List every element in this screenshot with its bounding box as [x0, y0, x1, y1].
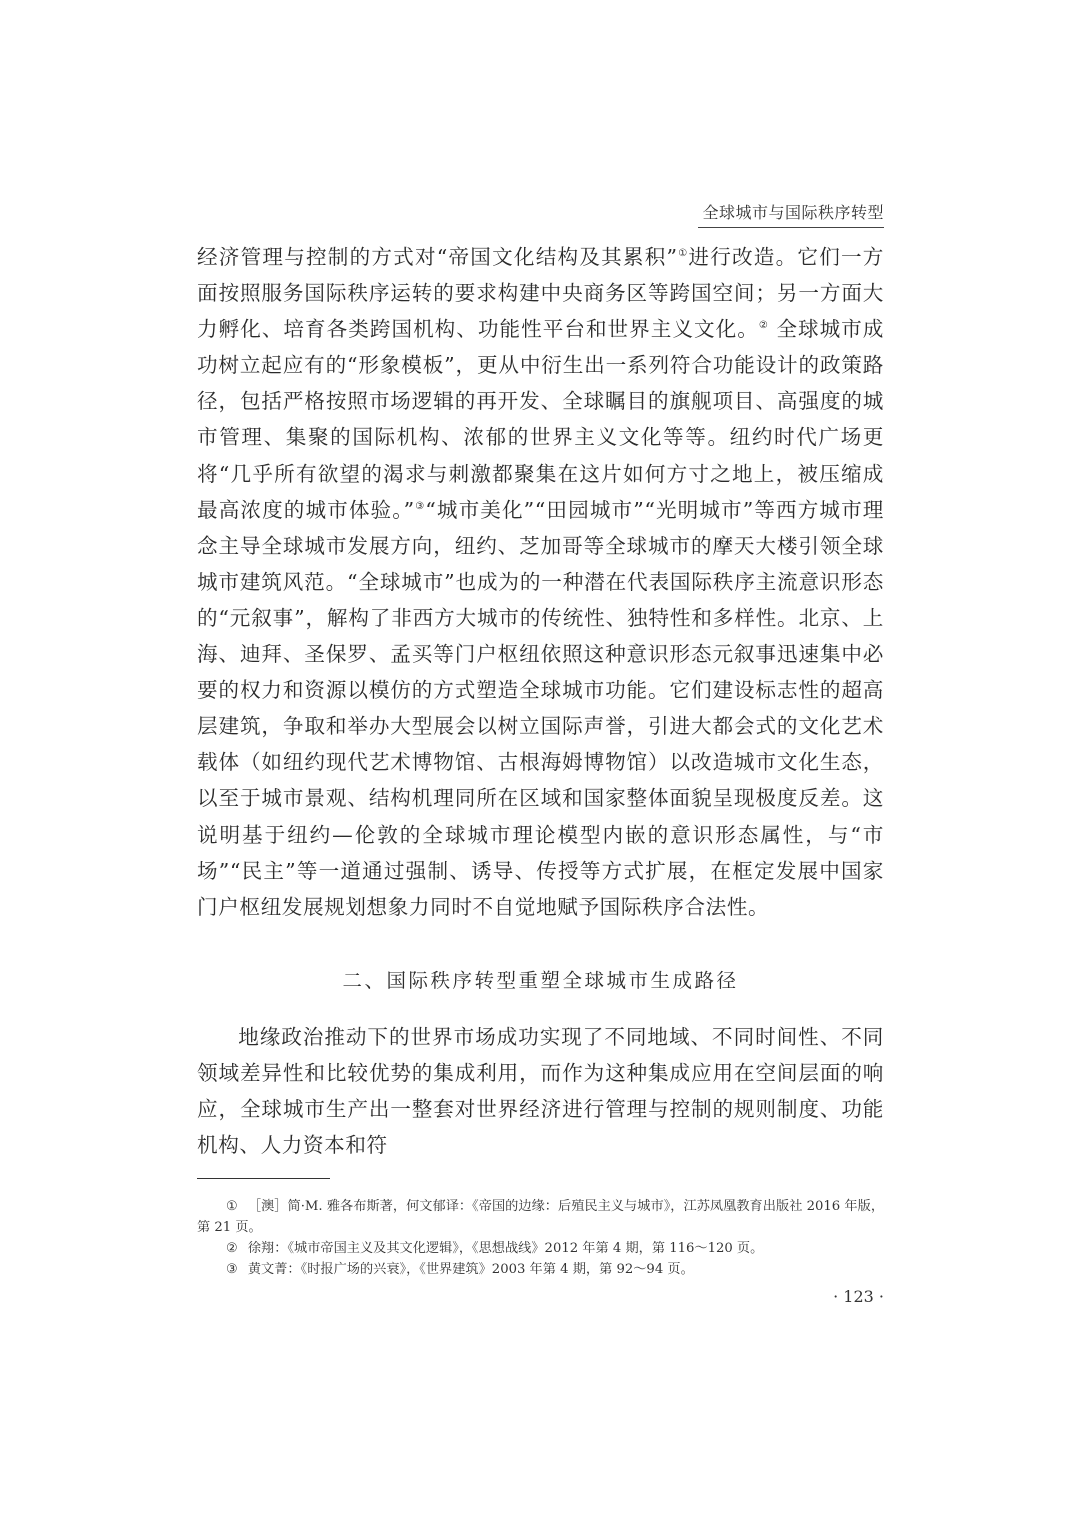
footnote-mark: ② [226, 1241, 238, 1256]
page-number: · 123 · [808, 1287, 884, 1306]
running-header: 全球城市与国际秩序转型 [698, 200, 884, 228]
section-heading: 二、国际秩序转型重塑全球城市生成路径 [197, 965, 884, 993]
footnote-mark: ③ [226, 1262, 238, 1277]
text-segment: 全球城市成功树立起应有的“形象模板”，更从中衍生出一系列符合功能设计的政策路径，… [197, 317, 884, 521]
footnote-mark: ① [226, 1199, 238, 1214]
text-segment: “城市美化”“田园城市”“光明城市”等西方城市理念主导全球城市发展方向，纽约、芝… [197, 498, 884, 919]
text-segment: 经济管理与控制的方式对“帝国文化结构及其累积” [197, 245, 678, 269]
footnote-3: ③黄文菁：《时报广场的兴衰》，《世界建筑》2003 年第 4 期，第 92～94… [197, 1259, 884, 1280]
footnote-text: 徐翔：《城市帝国主义及其文化逻辑》，《思想战线》2012 年第 4 期，第 11… [248, 1241, 763, 1256]
footnote-ref-2[interactable]: ② [759, 320, 769, 331]
footnote-text: ［澳］简·M. 雅各布斯著，何文郁译：《帝国的边缘：后殖民主义与城市》，江苏凤凰… [197, 1199, 884, 1235]
paragraph-2: 地缘政治推动下的世界市场成功实现了不同地域、不同时间性、不同领域差异性和比较优势… [197, 1019, 884, 1163]
footnote-ref-3[interactable]: ③ [415, 501, 426, 512]
footnote-2: ②徐翔：《城市帝国主义及其文化逻辑》，《思想战线》2012 年第 4 期，第 1… [197, 1238, 884, 1259]
body-text-block: 经济管理与控制的方式对“帝国文化结构及其累积”①进行改造。它们一方面按照服务国际… [197, 239, 884, 925]
footnote-1: ①［澳］简·M. 雅各布斯著，何文郁译：《帝国的边缘：后殖民主义与城市》，江苏凤… [197, 1196, 884, 1238]
paragraph-1: 经济管理与控制的方式对“帝国文化结构及其累积”①进行改造。它们一方面按照服务国际… [197, 239, 884, 925]
footnote-divider [197, 1178, 330, 1179]
footnotes: ①［澳］简·M. 雅各布斯著，何文郁译：《帝国的边缘：后殖民主义与城市》，江苏凤… [197, 1196, 884, 1280]
document-page: 全球城市与国际秩序转型 经济管理与控制的方式对“帝国文化结构及其累积”①进行改造… [0, 0, 1080, 1527]
footnote-ref-1[interactable]: ① [678, 248, 689, 259]
footnote-text: 黄文菁：《时报广场的兴衰》，《世界建筑》2003 年第 4 期，第 92～94 … [248, 1262, 694, 1277]
body-text-block-2: 地缘政治推动下的世界市场成功实现了不同地域、不同时间性、不同领域差异性和比较优势… [197, 1019, 884, 1163]
